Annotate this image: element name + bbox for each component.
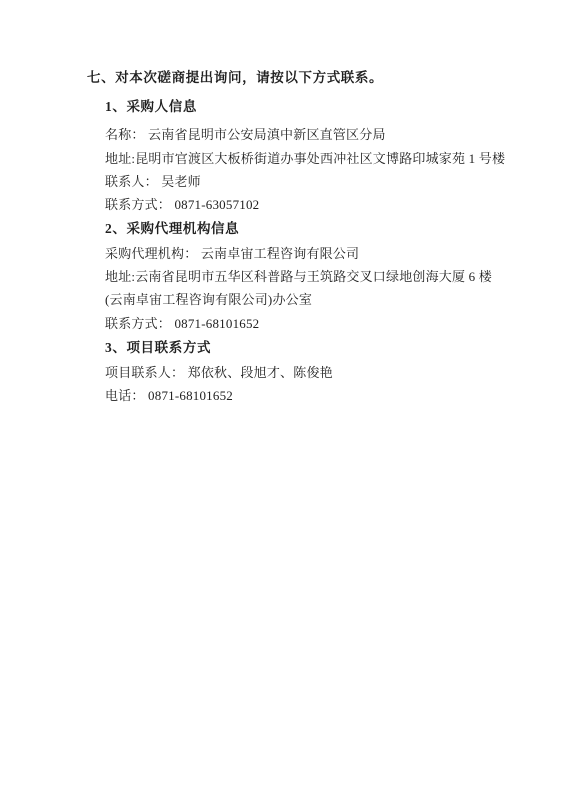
purchaser-phone-line: 联系方式： 0871-63057102: [105, 197, 259, 212]
agency-address-line-1: 地址:云南省昆明市五华区科普路与王筑路交叉口绿地创海大厦 6 楼: [105, 269, 492, 284]
inquiry-contact-heading: 七、对本次磋商提出询问，请按以下方式联系。: [87, 70, 383, 85]
project-contact-persons-line: 项目联系人： 郑依秋、段旭才、陈俊艳: [105, 365, 333, 380]
purchaser-address-line: 地址:昆明市官渡区大板桥街道办事处西冲社区文博路印城家苑 1 号楼: [105, 151, 505, 166]
purchaser-name-line: 名称： 云南省昆明市公安局滇中新区直管区分局: [105, 127, 386, 142]
document-page: 七、对本次磋商提出询问，请按以下方式联系。 1、采购人信息 名称： 云南省昆明市…: [0, 0, 566, 800]
purchaser-contact-person-line: 联系人： 吴老师: [105, 174, 201, 189]
section-title-agency-info: 2、采购代理机构信息: [105, 221, 239, 236]
section-title-project-contact: 3、项目联系方式: [105, 340, 211, 355]
project-phone-line: 电话： 0871-68101652: [105, 388, 233, 403]
section-title-purchaser-info: 1、采购人信息: [105, 99, 197, 114]
agency-name-line: 采购代理机构： 云南卓宙工程咨询有限公司: [105, 246, 359, 261]
agency-address-line-2: (云南卓宙工程咨询有限公司)办公室: [105, 292, 312, 307]
agency-phone-line: 联系方式： 0871-68101652: [105, 316, 259, 331]
